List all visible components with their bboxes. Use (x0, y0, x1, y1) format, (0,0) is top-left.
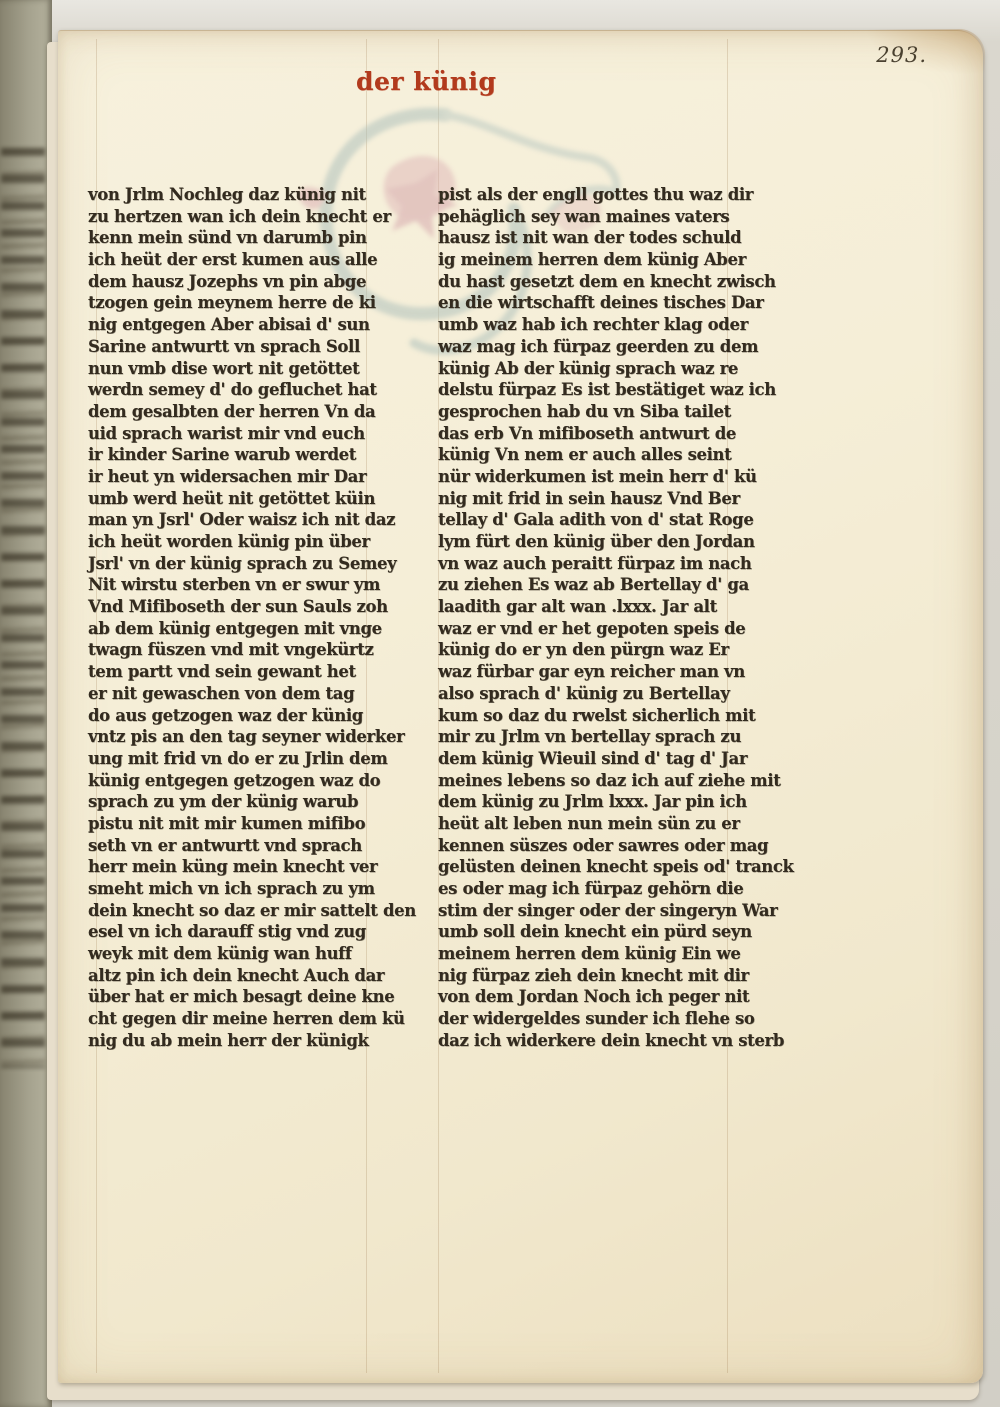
text-line: sprach zu ym der künig warub (88, 791, 403, 813)
text-line: künig Vn nem er auch alles seint (438, 444, 753, 466)
text-line: meinem herren dem künig Ein we (438, 943, 753, 965)
text-line: künig entgegen getzogen waz do (88, 770, 403, 792)
text-line: herr mein küng mein knecht ver (88, 856, 403, 878)
text-line: pistu nit mit mir kumen mifibo (88, 813, 403, 835)
text-line: kenn mein sünd vn darumb pin (88, 227, 403, 249)
text-line: ich heüt worden künig pin über (88, 531, 403, 553)
text-line: en die wirtschafft deines tisches Dar (438, 292, 753, 314)
text-line: waz er vnd er het gepoten speis de (438, 618, 753, 640)
text-line: dem hausz Jozephs vn pin abge (88, 271, 403, 293)
text-line: nür widerkumen ist mein herr d' kü (438, 466, 753, 488)
text-line: künig do er yn den pürgn waz Er (438, 639, 753, 661)
text-line: dem gesalbten der herren Vn da (88, 401, 403, 423)
text-line: das erb Vn mifiboseth antwurt de (438, 423, 753, 445)
text-line: vn waz auch peraitt fürpaz im nach (438, 553, 753, 575)
text-line: er nit gewaschen von dem tag (88, 683, 403, 705)
text-column-left: von Jrlm Nochleg daz künig nitzu hertzen… (88, 184, 403, 1052)
text-line: Sarine antwurtt vn sprach Soll (88, 336, 403, 358)
text-line: cht gegen dir meine herren dem kü (88, 1008, 403, 1030)
text-line: du hast gesetzt dem en knecht zwisch (438, 271, 753, 293)
text-line: dem künig Wieuil sind d' tag d' Jar (438, 748, 753, 770)
text-line: meines lebens so daz ich auf ziehe mit (438, 770, 753, 792)
text-line: umb waz hab ich rechter klag oder (438, 314, 753, 336)
text-line: waz fürbar gar eyn reicher man vn (438, 661, 753, 683)
text-line: nig mit frid in sein hausz Vnd Ber (438, 488, 753, 510)
facing-page-showthrough-text (1, 148, 45, 1068)
text-line: altz pin ich dein knecht Auch dar (88, 965, 403, 987)
text-line: daz ich widerkere dein knecht vn sterb (438, 1030, 753, 1052)
text-line: der widergeldes sunder ich flehe so (438, 1008, 753, 1030)
text-line: weyk mit dem künig wan huff (88, 943, 403, 965)
text-line: ung mit frid vn do er zu Jrlin dem (88, 748, 403, 770)
text-line: seth vn er antwurtt vnd sprach (88, 835, 403, 857)
text-line: vntz pis an den tag seyner widerker (88, 726, 403, 748)
manuscript-page: der künig 293. von Jrlm Nochleg daz küni… (58, 30, 983, 1383)
manuscript-photo: der künig 293. von Jrlm Nochleg daz küni… (0, 0, 1000, 1407)
text-line: pist als der engll gottes thu waz dir (438, 184, 753, 206)
text-line: Nit wirstu sterben vn er swur ym (88, 574, 403, 596)
text-line: nig du ab mein herr der künigk (88, 1030, 403, 1052)
text-line: ir heut yn widersachen mir Dar (88, 466, 403, 488)
text-line: Jsrl' vn der künig sprach zu Semey (88, 553, 403, 575)
text-line: do aus getzogen waz der künig (88, 705, 403, 727)
text-line: delstu fürpaz Es ist bestätiget waz ich (438, 379, 753, 401)
text-line: esel vn ich darauff stig vnd zug (88, 921, 403, 943)
text-line: zu hertzen wan ich dein knecht er (88, 206, 403, 228)
text-line: über hat er mich besagt deine kne (88, 986, 403, 1008)
text-line: gelüsten deinen knecht speis od' tranck (438, 856, 753, 878)
text-line: smeht mich vn ich sprach zu ym (88, 878, 403, 900)
text-line: umb soll dein knecht ein pürd seyn (438, 921, 753, 943)
text-line: kennen süszes oder sawres oder mag (438, 835, 753, 857)
text-line: twagn füszen vnd mit vngekürtz (88, 639, 403, 661)
text-line: Vnd Mifiboseth der sun Sauls zoh (88, 596, 403, 618)
text-line: heüt alt leben nun mein sün zu er (438, 813, 753, 835)
text-line: tem partt vnd sein gewant het (88, 661, 403, 683)
text-line: dein knecht so daz er mir sattelt den (88, 900, 403, 922)
text-line: ich heüt der erst kumen aus alle (88, 249, 403, 271)
text-line: nig entgegen Aber abisai d' sun (88, 314, 403, 336)
text-line: man yn Jsrl' Oder waisz ich nit daz (88, 509, 403, 531)
folio-number: 293. (876, 43, 927, 67)
text-line: also sprach d' künig zu Bertellay (438, 683, 753, 705)
text-line: von dem Jordan Noch ich peger nit (438, 986, 753, 1008)
text-line: waz mag ich fürpaz geerden zu dem (438, 336, 753, 358)
text-line: umb werd heüt nit getöttet küin (88, 488, 403, 510)
text-line: tzogen gein meynem herre de ki (88, 292, 403, 314)
text-line: nun vmb dise wort nit getöttet (88, 358, 403, 380)
text-line: pehäglich sey wan maines vaters (438, 206, 753, 228)
text-line: tellay d' Gala adith von d' stat Roge (438, 509, 753, 531)
text-line: von Jrlm Nochleg daz künig nit (88, 184, 403, 206)
text-line: mir zu Jrlm vn bertellay sprach zu (438, 726, 753, 748)
text-column-right: pist als der engll gottes thu waz dirpeh… (438, 184, 753, 1052)
text-line: ig meinem herren dem künig Aber (438, 249, 753, 271)
text-line: stim der singer oder der singeryn War (438, 900, 753, 922)
text-line: ir kinder Sarine warub werdet (88, 444, 403, 466)
gutter-facing-page-edge (0, 0, 52, 1407)
text-line: hausz ist nit wan der todes schuld (438, 227, 753, 249)
text-line: künig Ab der künig sprach waz re (438, 358, 753, 380)
text-line: zu ziehen Es waz ab Bertellay d' ga (438, 574, 753, 596)
text-line: werdn semey d' do gefluchet hat (88, 379, 403, 401)
text-line: kum so daz du rwelst sicherlich mit (438, 705, 753, 727)
text-line: ab dem künig entgegen mit vnge (88, 618, 403, 640)
text-line: dem künig zu Jrlm lxxx. Jar pin ich (438, 791, 753, 813)
running-title-rubric: der künig (356, 67, 496, 96)
text-line: gesprochen hab du vn Siba tailet (438, 401, 753, 423)
text-line: uid sprach warist mir vnd euch (88, 423, 403, 445)
text-line: lym fürt den künig über den Jordan (438, 531, 753, 553)
text-line: laadith gar alt wan .lxxx. Jar alt (438, 596, 753, 618)
text-line: es oder mag ich fürpaz gehörn die (438, 878, 753, 900)
text-line: nig fürpaz zieh dein knecht mit dir (438, 965, 753, 987)
